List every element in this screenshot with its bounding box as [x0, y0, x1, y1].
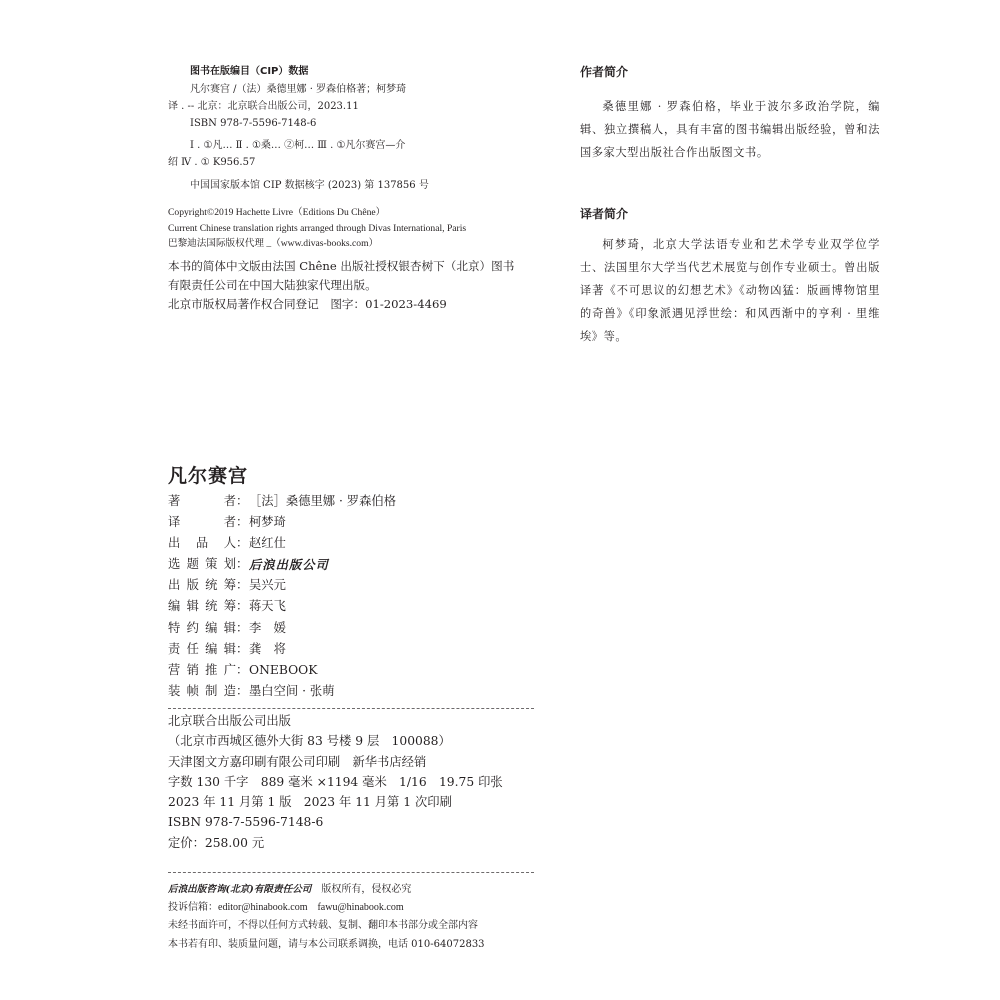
rights-line: 本书的简体中文版由法国 Chêne 出版社授权银杏树下（北京）图书 — [168, 257, 514, 276]
credit-producer: 出品人：赵红仕 — [168, 533, 396, 554]
dashed-divider — [168, 708, 534, 709]
footer-info: 后浪出版咨询(北京)有限责任公司 版权所有，侵权必究 投诉信箱：editor@h… — [168, 881, 485, 954]
isbn-line: ISBN 978-7-5596-7148-6 — [168, 812, 503, 832]
credit-editorial-coordinator: 编辑统筹：蒋天飞 — [168, 596, 396, 617]
author-bio-text: 桑德里娜 · 罗森伯格，毕业于波尔多政治学院，编辑、独立撰稿人，具有丰富的图书编… — [580, 95, 880, 164]
credit-value: 赵红仕 — [249, 533, 286, 554]
credit-marketing: 营销推广：ONEBOOK — [168, 660, 396, 681]
format-line: 字数 130 千字 889 毫米 ×1194 毫米 1/16 19.75 印张 — [168, 772, 503, 792]
credit-label: 营销推广 — [168, 660, 236, 681]
rights-line: 北京市版权局著作权合同登记 图字：01-2023-4469 — [168, 295, 514, 314]
author-bio-heading: 作者简介 — [580, 63, 628, 80]
printer-line: 天津图文方嘉印刷有限公司印刷 新华书店经销 — [168, 752, 503, 772]
complaint-label: 投诉信箱： — [168, 902, 218, 913]
credit-responsible-editor: 责任编辑：龚 将 — [168, 639, 396, 660]
translator-bio-heading: 译者简介 — [580, 205, 628, 222]
cip-record-number: 中国国家版本馆 CIP 数据核字 (2023) 第 137856 号 — [168, 177, 429, 194]
credit-value: ［法］桑德里娜 · 罗森伯格 — [249, 491, 396, 512]
rights-reserved: 版权所有，侵权必究 — [311, 884, 411, 895]
credits-list: 著者：［法］桑德里娜 · 罗森伯格 译者：柯梦琦 出品人：赵红仕 选题策划：后浪… — [168, 491, 396, 702]
credit-publishing-coordinator: 出版统筹：吴兴元 — [168, 575, 396, 596]
credit-value: 墨白空间 · 张萌 — [249, 681, 335, 702]
cip-line: 译 . -- 北京：北京联合出版公司，2023.11 — [168, 98, 406, 115]
publisher-line: 北京联合出版公司出版 — [168, 711, 503, 731]
credit-label: 编辑统筹 — [168, 596, 236, 617]
company-rights-line: 后浪出版咨询(北京)有限责任公司 版权所有，侵权必究 — [168, 881, 485, 899]
dashed-divider — [168, 872, 534, 873]
cip-classification: Ⅰ . ①凡… Ⅱ . ①桑… ②柯… Ⅲ . ①凡尔赛宫—介 绍 Ⅳ . ① … — [168, 137, 405, 171]
credit-value: 李 媛 — [249, 618, 286, 639]
credit-label: 译者 — [168, 512, 236, 533]
credit-value: 蒋天飞 — [249, 596, 286, 617]
price-line: 定价：258.00 元 — [168, 833, 503, 853]
credit-label: 出品人 — [168, 533, 236, 554]
complaint-line: 投诉信箱：editor@hinabook.com fawu@hinabook.c… — [168, 899, 485, 917]
company-logo-text: 后浪出版咨询(北京)有限责任公司 — [168, 884, 311, 895]
credit-value: 龚 将 — [249, 639, 286, 660]
credit-label: 选题策划 — [168, 554, 236, 575]
cip-entry: 凡尔赛宫 /（法）桑德里娜 · 罗森伯格著；柯梦琦 译 . -- 北京：北京联合… — [168, 81, 406, 132]
translator-bio-text: 柯梦琦，北京大学法语专业和艺术学专业双学位学士、法国里尔大学当代艺术展览与创作专… — [580, 233, 880, 348]
credit-value: ONEBOOK — [249, 660, 317, 681]
copyright-line: Current Chinese translation rights arran… — [168, 221, 466, 237]
cip-line: 中国国家版本馆 CIP 数据核字 (2023) 第 137856 号 — [168, 177, 429, 194]
quality-notice: 本书若有印、装质量问题，请与本公司联系调换，电话 010-64072833 — [168, 936, 485, 954]
publication-info: 北京联合出版公司出版 （北京市西城区德外大街 83 号楼 9 层 100088）… — [168, 711, 503, 853]
copyright-notice: Copyright©2019 Hachette Livre（Editions D… — [168, 205, 466, 252]
credit-design: 装帧制造：墨白空间 · 张萌 — [168, 681, 396, 702]
copyright-line: Copyright©2019 Hachette Livre（Editions D… — [168, 205, 466, 221]
cip-heading: 图书在版编目（CIP）数据 — [190, 62, 308, 77]
cip-line: Ⅰ . ①凡… Ⅱ . ①桑… ②柯… Ⅲ . ①凡尔赛宫—介 — [168, 137, 405, 154]
reprint-notice: 未经书面许可，不得以任何方式转载、复制、翻印本书部分或全部内容 — [168, 917, 485, 935]
copyright-line: 巴黎迪法国际版权代理 _（www.divas-books.com） — [168, 236, 466, 252]
credit-label: 装帧制造 — [168, 681, 236, 702]
credit-label: 特约编辑 — [168, 618, 236, 639]
credit-value: 柯梦琦 — [249, 512, 286, 533]
credit-label: 著者 — [168, 491, 236, 512]
publisher-address: （北京市西城区德外大街 83 号楼 9 层 100088） — [168, 731, 503, 751]
cip-line: 绍 Ⅳ . ① K956.57 — [168, 154, 405, 171]
credit-label: 出版统筹 — [168, 575, 236, 596]
credit-special-editor: 特约编辑：李 媛 — [168, 618, 396, 639]
rights-line: 有限责任公司在中国大陆独家代理出版。 — [168, 276, 514, 295]
credit-translator: 译者：柯梦琦 — [168, 512, 396, 533]
rights-statement: 本书的简体中文版由法国 Chêne 出版社授权银杏树下（北京）图书 有限责任公司… — [168, 257, 514, 314]
cip-line: 凡尔赛宫 /（法）桑德里娜 · 罗森伯格著；柯梦琦 — [168, 81, 406, 98]
credit-value: 吴兴元 — [249, 575, 286, 596]
book-title: 凡尔赛宫 — [168, 461, 248, 488]
cip-isbn: ISBN 978-7-5596-7148-6 — [168, 115, 406, 132]
credit-planning: 选题策划：后浪出版公司 — [168, 554, 396, 575]
publisher-logo-text: 后浪出版公司 — [249, 554, 329, 575]
edition-line: 2023 年 11 月第 1 版 2023 年 11 月第 1 次印刷 — [168, 792, 503, 812]
complaint-emails: editor@hinabook.com fawu@hinabook.com — [218, 902, 404, 913]
credit-author: 著者：［法］桑德里娜 · 罗森伯格 — [168, 491, 396, 512]
credit-label: 责任编辑 — [168, 639, 236, 660]
